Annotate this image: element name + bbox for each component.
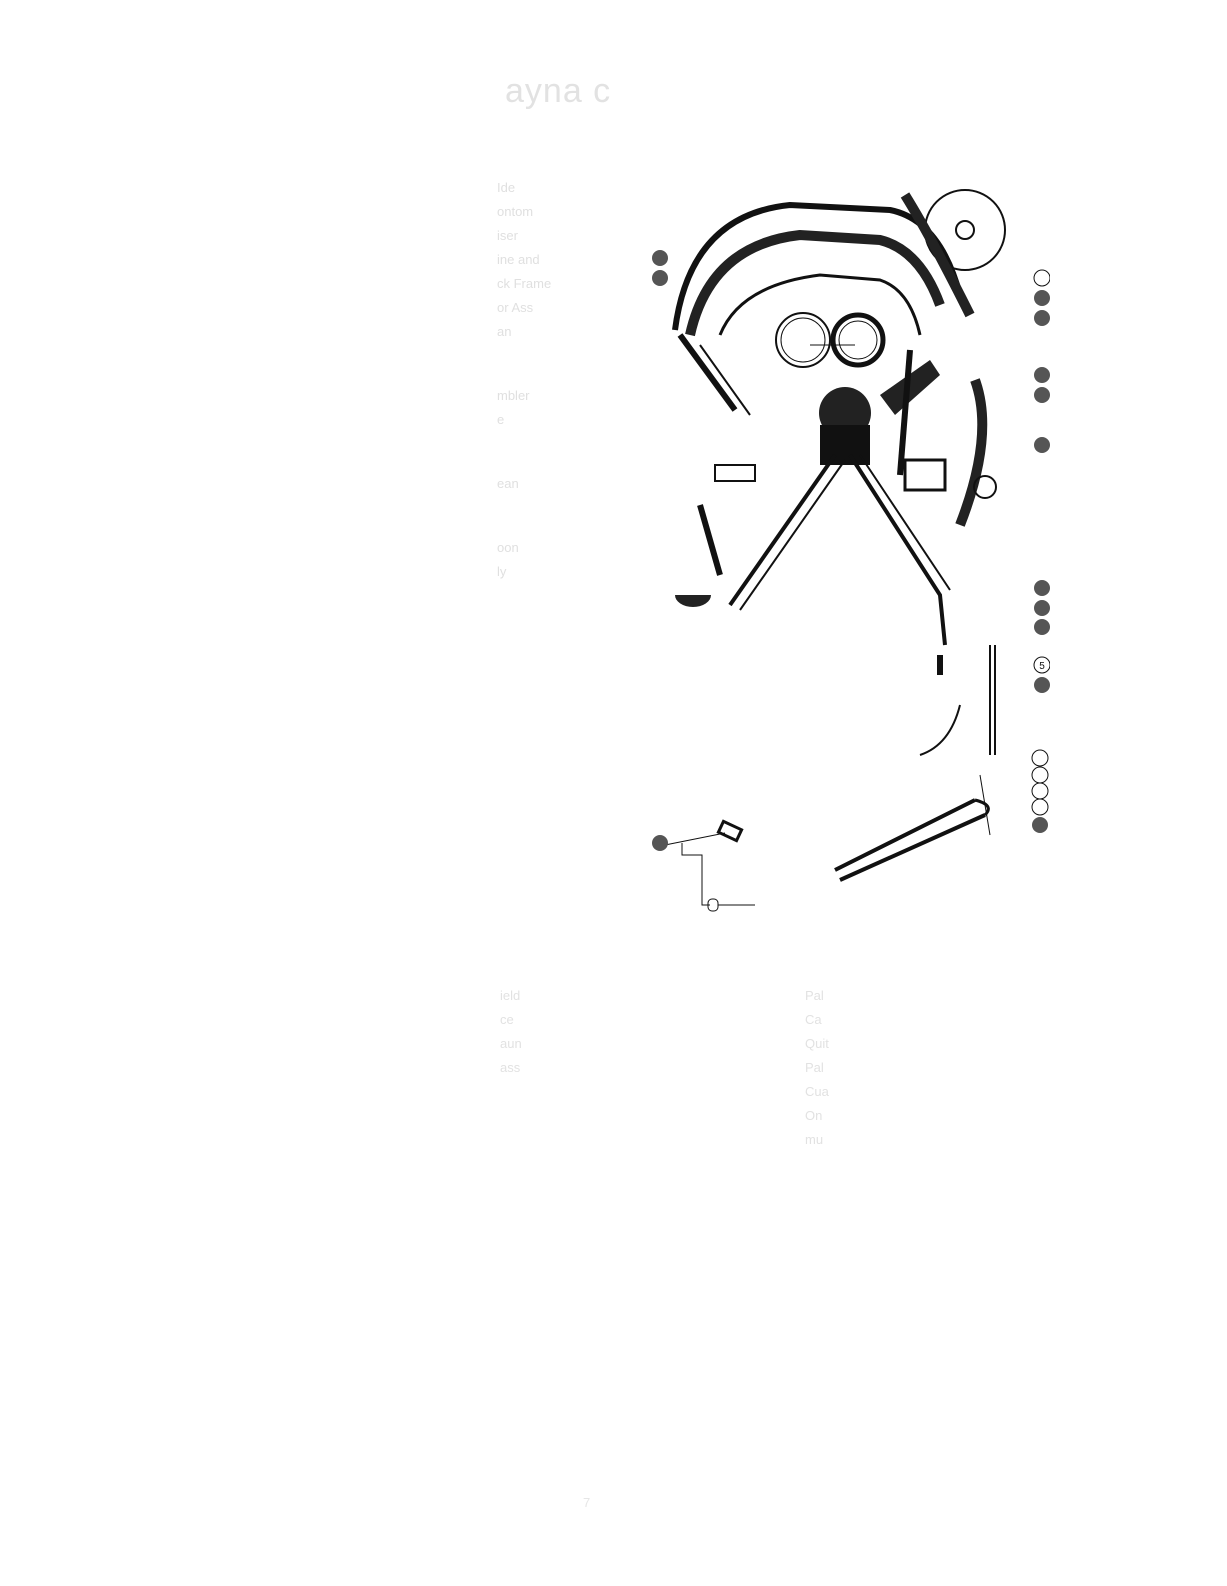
lower-right-label: Pal: [805, 1060, 829, 1084]
upper-label: oon: [497, 540, 617, 564]
lower-right-label: On: [805, 1108, 829, 1132]
upper-label: iser: [497, 228, 617, 252]
lower-right-label: Ca: [805, 1012, 829, 1036]
lower-left-label: ield: [500, 988, 522, 1012]
lower-left-label-column: ield ce aun ass: [500, 988, 522, 1084]
mechanical-diagram: 5: [640, 175, 1050, 915]
page-number: 7: [583, 1495, 590, 1510]
lower-right-label-column: Pal Ca Quit Pal Cua On mu: [805, 988, 829, 1156]
page-title: ayna c: [505, 72, 611, 111]
upper-label-column: Ide ontom iser ine and ck Frame or Ass a…: [497, 180, 617, 588]
lower-right-label: mu: [805, 1132, 829, 1156]
lower-left-label: ass: [500, 1060, 522, 1084]
upper-label: e: [497, 412, 617, 436]
lower-right-label: Pal: [805, 988, 829, 1012]
lower-left-label: ce: [500, 1012, 522, 1036]
upper-label: ly: [497, 564, 617, 588]
callout-label: 5: [1039, 661, 1045, 672]
upper-label: Ide: [497, 180, 617, 204]
lower-right-label: Cua: [805, 1084, 829, 1108]
upper-label: or Ass: [497, 300, 617, 324]
upper-label: ck Frame: [497, 276, 617, 300]
lower-left-label: aun: [500, 1036, 522, 1060]
upper-label: ontom: [497, 204, 617, 228]
upper-label: mbler: [497, 388, 617, 412]
upper-label: ean: [497, 476, 617, 500]
upper-label: ine and: [497, 252, 617, 276]
lower-right-label: Quit: [805, 1036, 829, 1060]
upper-label: an: [497, 324, 617, 348]
